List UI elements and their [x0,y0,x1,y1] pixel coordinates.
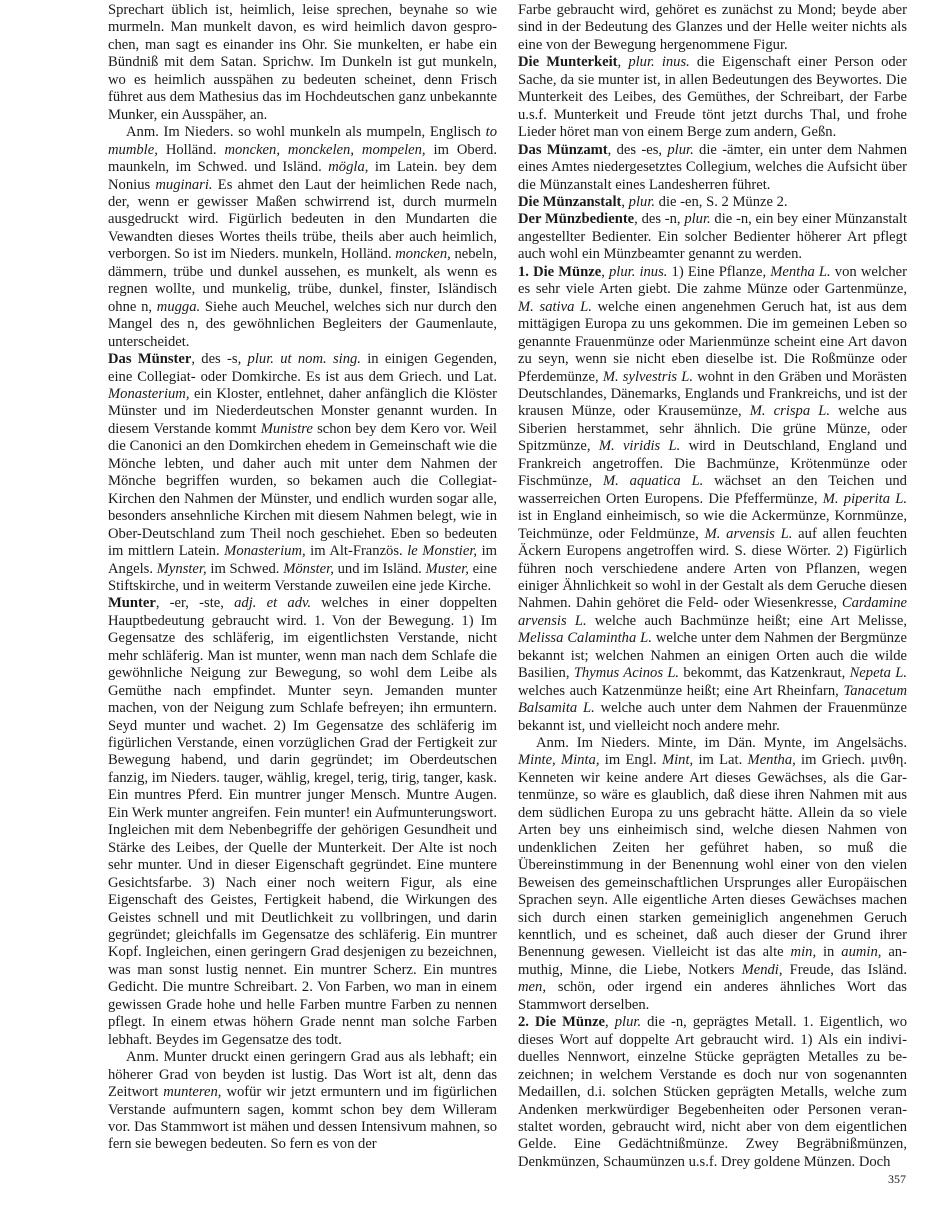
text-run: in [816,944,841,960]
italic-term: Mentha L. [770,264,830,280]
text-run: schon bey dem Kero vor. Weil die Canonic… [108,421,497,559]
italic-term: aumin, [841,944,881,960]
entry-note: Anm. Im Nieders. Minte, im Dän. Mynte, i… [518,735,907,1014]
text-run: , des -es, [608,142,668,158]
headword: Das Münzamt [518,142,608,158]
italic-term: mugga. [157,299,200,315]
dictionary-entry: Das Münzamt, des -es, plur. die -ämter, … [518,142,907,194]
dictionary-entry: 2. Die Münze, plur. die -n, geprägtes Me… [518,1014,907,1171]
text-run: im Alt-Französ. [306,543,408,559]
italic-term: plur. [629,194,655,210]
italic-term: Munistre [261,421,313,437]
text-run: Farbe gebraucht wird, gehöret es zunächs… [518,2,907,53]
headword: Das Münster [108,351,191,367]
italic-term: M. aquatica L. [603,473,703,489]
italic-term: M. sativa L. [518,299,592,315]
page-number: 357 [880,1172,906,1187]
text-run: im Lat. [693,752,747,768]
dictionary-entry: Die Munterkeit, plur. inus. die Eigensch… [518,54,907,141]
italic-term: mögla, [328,159,368,175]
italic-term: adj. et adv. [234,595,311,611]
dictionary-entry: Die Münzanstalt, plur. die -en, S. 2 Mün… [518,194,907,211]
italic-term: men, [518,979,546,995]
italic-term: M. viridis L. [599,438,680,454]
text-run: Holländ. [158,142,225,158]
text-run: , des -n, [634,211,684,227]
continued-paragraph: Sprechart üblich ist, heimlich, leise sp… [108,2,497,124]
text-run: , -er, -ste, [156,595,234,611]
italic-term: plur. inus. [628,54,689,70]
text-run: und im Isländ. [334,561,426,577]
text-run: die -n, geprägtes Metall. 1. Eigentlich,… [518,1014,907,1170]
text-run: , [605,1014,615,1030]
italic-term: M. crispa L. [750,403,830,419]
text-run: , [601,264,609,280]
italic-term: Mönster, [283,561,334,577]
italic-term: plur. [615,1014,641,1030]
left-column: Sprechart üblich ist, heimlich, leise sp… [108,2,497,1154]
headword: 2. Die Münze [518,1014,605,1030]
headword: Die Münzanstalt [518,194,621,210]
text-run: , des -s, [191,351,247,367]
italic-term: Monasterium, [224,543,305,559]
dictionary-entry: 1. Die Münze, plur. inus. 1) Eine Pflanz… [518,264,907,735]
text-run: welches in einer doppelten Hauptbedeutun… [108,595,497,1047]
entry-note: Anm. Im Nieders. so wohl munkeln als mum… [108,124,497,351]
dictionary-entry: Das Münster, des -s, plur. ut nom. sing.… [108,351,497,595]
italic-term: moncken, monckelen, mompelen, [224,142,425,158]
text-run: welches auch Katzenmünze heißt; eine Art… [518,683,843,699]
text-run: Anm. Im Nieders. so wohl munkeln als mum… [126,124,486,140]
text-run: Anm. Im Nieders. Minte, im Dän. Mynte, i… [536,735,907,751]
italic-term: plur. [684,211,710,227]
italic-term: Mint, [662,752,693,768]
italic-term: le Monstier, [407,543,477,559]
text-run: Sprechart üblich ist, heimlich, leise sp… [108,2,497,123]
text-run: im Schwed. [207,561,284,577]
italic-term: min, [791,944,817,960]
text-run: die -en, S. 2 Münze 2. [655,194,788,210]
entry-note: Anm. Munter druckt einen geringern Grad … [108,1049,497,1154]
italic-term: M. piperita L. [823,491,907,507]
text-run: bekommt, das Katzenkraut, [679,665,849,681]
italic-term: plur. inus. [609,264,667,280]
italic-term: Mendi, [742,962,783,978]
dictionary-entry: Der Münzbediente, des -n, plur. die -n, … [518,211,907,263]
headword: Munter [108,595,156,611]
italic-term: M. arvensis L. [705,526,793,542]
italic-term: Mentha, [748,752,796,768]
continued-paragraph: Farbe gebraucht wird, gehöret es zunächs… [518,2,907,54]
italic-term: Monasterium, [108,386,189,402]
italic-term: muginari. [155,177,212,193]
dictionary-entry: Munter, -er, -ste, adj. et adv. welches … [108,595,497,1049]
italic-term: M. sylvestris L. [603,369,693,385]
text-run: , [618,54,629,70]
text-run: Freude, das Isländ. [783,962,908,978]
text-run: , [621,194,628,210]
italic-term: Minte, Minta, [518,752,599,768]
headword: Die Munterkeit [518,54,618,70]
italic-term: moncken, [395,246,451,262]
italic-term: Melissa Calamintha L. [518,630,652,646]
italic-term: Muster, [426,561,469,577]
italic-term: plur. ut nom. sing. [248,351,361,367]
italic-term: plur. [667,142,693,158]
text-run: schön, oder irgend ein anderes ähnliches… [518,979,907,1012]
right-column: Farbe gebraucht wird, gehöret es zunächs… [518,2,907,1171]
italic-term: Mynster, [157,561,207,577]
italic-term: munteren, [163,1084,221,1100]
text-run: im Engl. [599,752,661,768]
headword: 1. Die Münze [518,264,601,280]
text-run: 1) Eine Pflanze, [667,264,770,280]
italic-term: Thymus Acinos L. [574,665,679,681]
italic-term: Nepeta L. [850,665,907,681]
headword: Der Münzbediente [518,211,634,227]
text-run: im Griech. μινθη. Kenneten wir keine and… [518,752,907,960]
text-run: welche auch Bachmünze heißt; eine Art Me… [587,613,907,629]
